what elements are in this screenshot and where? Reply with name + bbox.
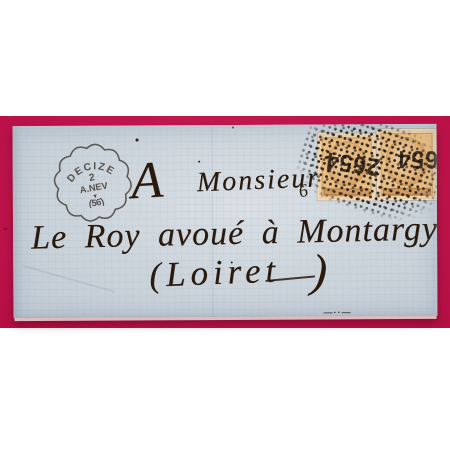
address-line3-close-paren: ): [310, 244, 329, 299]
mat-speck: [4, 228, 7, 230]
address-initial: A: [129, 151, 164, 212]
envelope: DECIZE 2 A.NEV ▾ (56) A Monsieur Le Roy …: [13, 124, 438, 318]
cancel-number: 2654: [397, 145, 438, 175]
ink-marks-bottom: —··—: [323, 308, 351, 316]
address-line3: (Loiret: [149, 250, 281, 295]
cover-photo: DECIZE 2 A.NEV ▾ (56) A Monsieur Le Roy …: [0, 0, 450, 450]
paper-crease: [23, 265, 115, 293]
datestamp-postmark: DECIZE 2 A.NEV ▾ (56): [44, 135, 141, 231]
crimson-mat: DECIZE 2 A.NEV ▾ (56) A Monsieur Le Roy …: [0, 116, 450, 328]
ink-specks: [13, 126, 14, 127]
address-line2: Le Roy avoué à Montargy: [31, 210, 438, 257]
